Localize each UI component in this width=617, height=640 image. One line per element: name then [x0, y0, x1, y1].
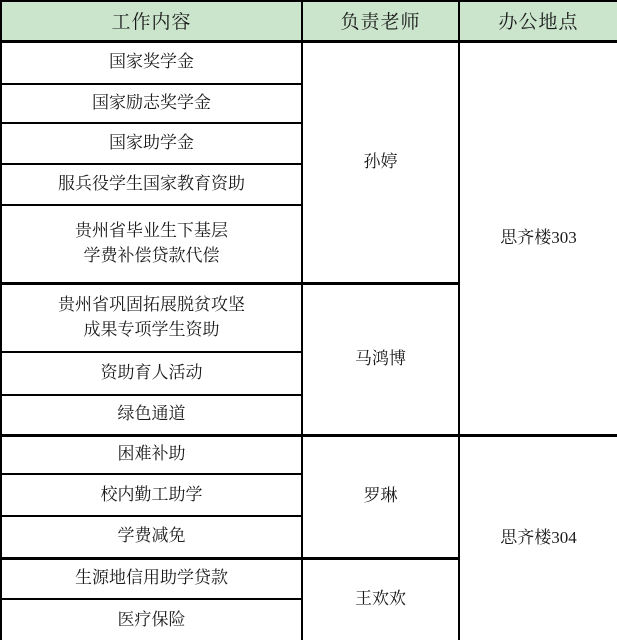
work-item-cell: 资助育人活动 [1, 352, 302, 395]
work-item-cell: 学费减免 [1, 516, 302, 558]
column-header-work: 工作内容 [1, 1, 302, 41]
work-item-cell: 绿色通道 [1, 395, 302, 435]
work-item-cell: 医疗保险 [1, 599, 302, 640]
table-row: 困难补助 罗琳 思齐楼304 [1, 435, 617, 474]
work-item-cell: 服兵役学生国家教育资助 [1, 164, 302, 205]
teacher-cell: 王欢欢 [302, 558, 459, 640]
office-cell: 思齐楼304 [459, 435, 617, 640]
work-item-cell: 贵州省毕业生下基层 学费补偿贷款代偿 [1, 205, 302, 283]
work-item-cell: 国家助学金 [1, 123, 302, 164]
work-item-cell: 生源地信用助学贷款 [1, 558, 302, 599]
office-cell: 思齐楼303 [459, 41, 617, 435]
teacher-cell: 孙婷 [302, 41, 459, 283]
work-item-cell: 贵州省巩固拓展脱贫攻坚 成果专项学生资助 [1, 283, 302, 352]
work-item-cell: 国家励志奖学金 [1, 84, 302, 123]
column-header-teacher: 负责老师 [302, 1, 459, 41]
table-row: 国家奖学金 孙婷 思齐楼303 [1, 41, 617, 84]
work-item-cell: 校内勤工助学 [1, 474, 302, 516]
work-item-cell: 困难补助 [1, 435, 302, 474]
schedule-table: 工作内容 负责老师 办公地点 国家奖学金 孙婷 思齐楼303 国家励志奖学金 国… [0, 0, 617, 640]
column-header-office: 办公地点 [459, 1, 617, 41]
header-row: 工作内容 负责老师 办公地点 [1, 1, 617, 41]
teacher-cell: 罗琳 [302, 435, 459, 558]
work-item-cell: 国家奖学金 [1, 41, 302, 84]
teacher-cell: 马鸿博 [302, 283, 459, 435]
